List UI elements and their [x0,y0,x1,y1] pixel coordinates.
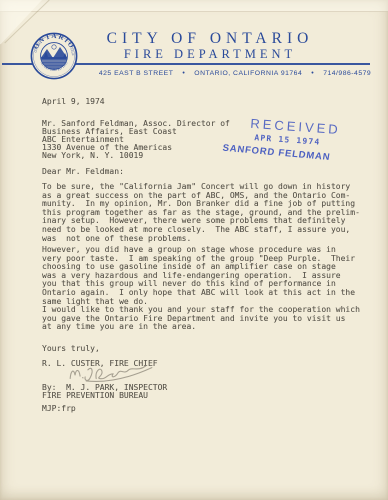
letterhead-department-title: FIRE DEPARTMENT [95,47,325,62]
by-inspector-block: By: M. J. PARK, INSPECTOR FIRE PREVENTIO… [42,384,167,401]
closing-line: Yours truly, [42,345,100,354]
body-paragraph-2: However, you did have a group on stage w… [42,246,355,306]
scanned-letter-page: ONTARIO CITY OF CALIF. INCORPORATED 1891… [0,0,388,500]
bullet-separator-icon: • [182,70,185,77]
body-paragraph-3: I would like to thank you and your staff… [42,306,360,332]
body-paragraph-1: To be sure, the "California Jam" Concert… [42,183,360,243]
letterhead-phone: 714/986-4579 [323,70,371,77]
typist-reference: MJP:frp [42,405,76,414]
paper-top-crease [0,0,388,12]
salutation: Dear Mr. Feldman: [42,168,124,177]
bullet-separator-icon: • [311,70,314,77]
city-of-ontario-seal-icon: ONTARIO CITY OF CALIF. INCORPORATED 1891 [30,32,78,80]
letterhead-street: 425 EAST B STREET [99,70,173,77]
recipient-address-block: Mr. Sanford Feldman, Assoc. Director of … [42,120,230,160]
letterhead-city-title: CITY OF ONTARIO [95,30,325,48]
letter-date: April 9, 1974 [42,98,105,107]
received-stamp: RECEIVED APR 15 1974 SANFORD FELDMAN [222,114,365,165]
letterhead-city: ONTARIO, CALIFORNIA 91764 [194,70,302,77]
letterhead-address-line: 425 EAST B STREET • ONTARIO, CALIFORNIA … [110,70,360,77]
